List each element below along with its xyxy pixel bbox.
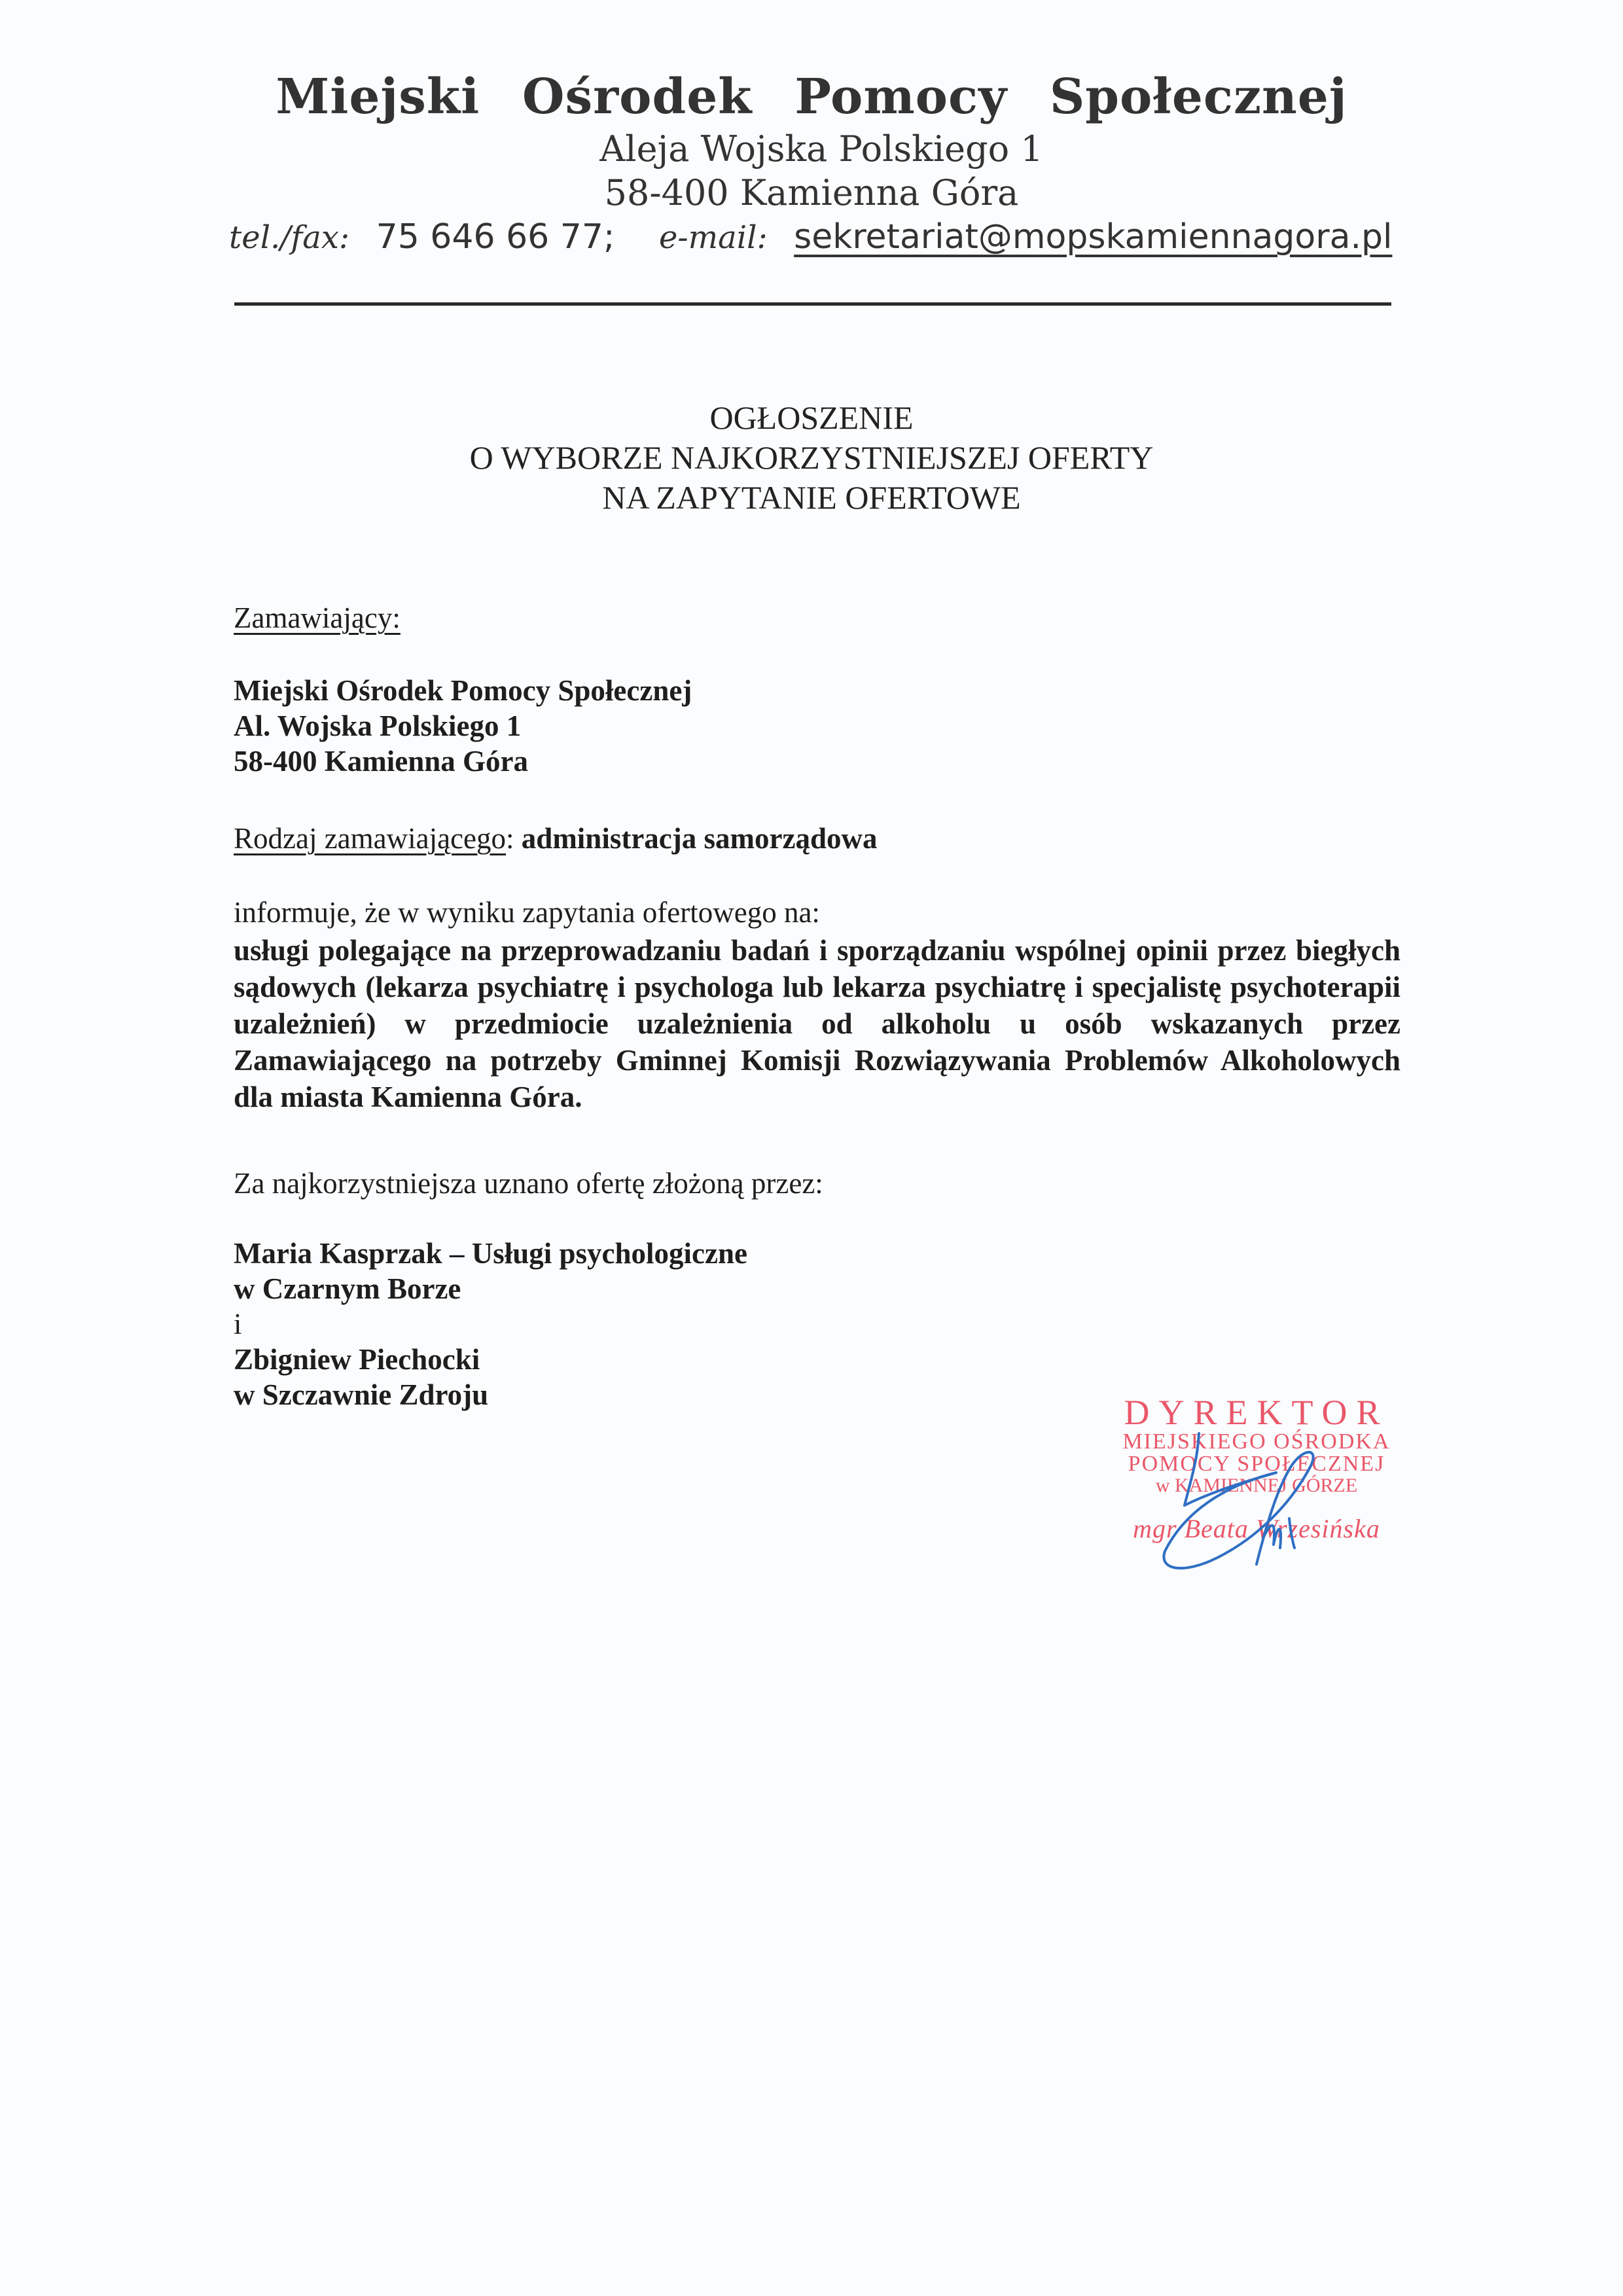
winner-1-name: Maria Kasprzak – Usługi psychologiczne	[234, 1236, 747, 1271]
announcement-heading: OGŁOSZENIE O WYBORZE NAJKORZYSTNIEJSZEJ …	[0, 398, 1623, 518]
winner-1-place: w Czarnym Borze	[234, 1271, 747, 1306]
orderer-type-label: Rodzaj zamawiającego	[234, 822, 506, 855]
orderer-street: Al. Wojska Polskiego 1	[234, 708, 692, 744]
winners-block: Maria Kasprzak – Usługi psychologiczne w…	[234, 1236, 747, 1412]
email-label: e-mail:	[659, 219, 768, 256]
letterhead-address-city: 58-400 Kamienna Góra	[223, 172, 1400, 213]
winner-2-name: Zbigniew Piechocki	[234, 1342, 747, 1377]
winners-conjunction: i	[234, 1306, 747, 1342]
phone-label: tel./fax:	[229, 219, 349, 256]
orderer-type-separator: :	[506, 822, 514, 855]
email-link[interactable]: sekretariat@mopskamiennagora.pl	[794, 217, 1392, 257]
phone-number: 75 646 66 77;	[376, 217, 615, 257]
heading-line-1: OGŁOSZENIE	[0, 398, 1623, 438]
heading-line-2: O WYBORZE NAJKORZYSTNIEJSZEJ OFERTY	[0, 438, 1623, 478]
letterhead-divider	[234, 302, 1391, 306]
heading-line-3: NA ZAPYTANIE OFERTOWE	[0, 478, 1623, 518]
winner-intro: Za najkorzystniejsza uznano ofertę złożo…	[234, 1166, 823, 1200]
orderer-type: Rodzaj zamawiającego: administracja samo…	[234, 821, 878, 855]
letterhead-contact: tel./fax: 75 646 66 77; e-mail: sekretar…	[229, 216, 1392, 257]
subject-of-inquiry: usługi polegające na przeprowadzaniu bad…	[234, 932, 1400, 1115]
handwritten-signature-icon	[1126, 1407, 1400, 1590]
orderer-address-block: Miejski Ośrodek Pomocy Społecznej Al. Wo…	[234, 673, 692, 779]
winner-2-place: w Szczawnie Zdroju	[234, 1377, 747, 1412]
orderer-type-value: administracja samorządowa	[514, 822, 878, 855]
letterhead-address-street: Aleja Wojska Polskiego 1	[242, 128, 1400, 170]
inform-text: informuje, że w wyniku zapytania ofertow…	[234, 895, 820, 929]
letterhead-org-name: Miejski Ośrodek Pomocy Społecznej	[223, 69, 1400, 125]
orderer-city: 58-400 Kamienna Góra	[234, 744, 692, 779]
orderer-label: Zamawiający:	[234, 601, 401, 635]
orderer-name: Miejski Ośrodek Pomocy Społecznej	[234, 673, 692, 708]
